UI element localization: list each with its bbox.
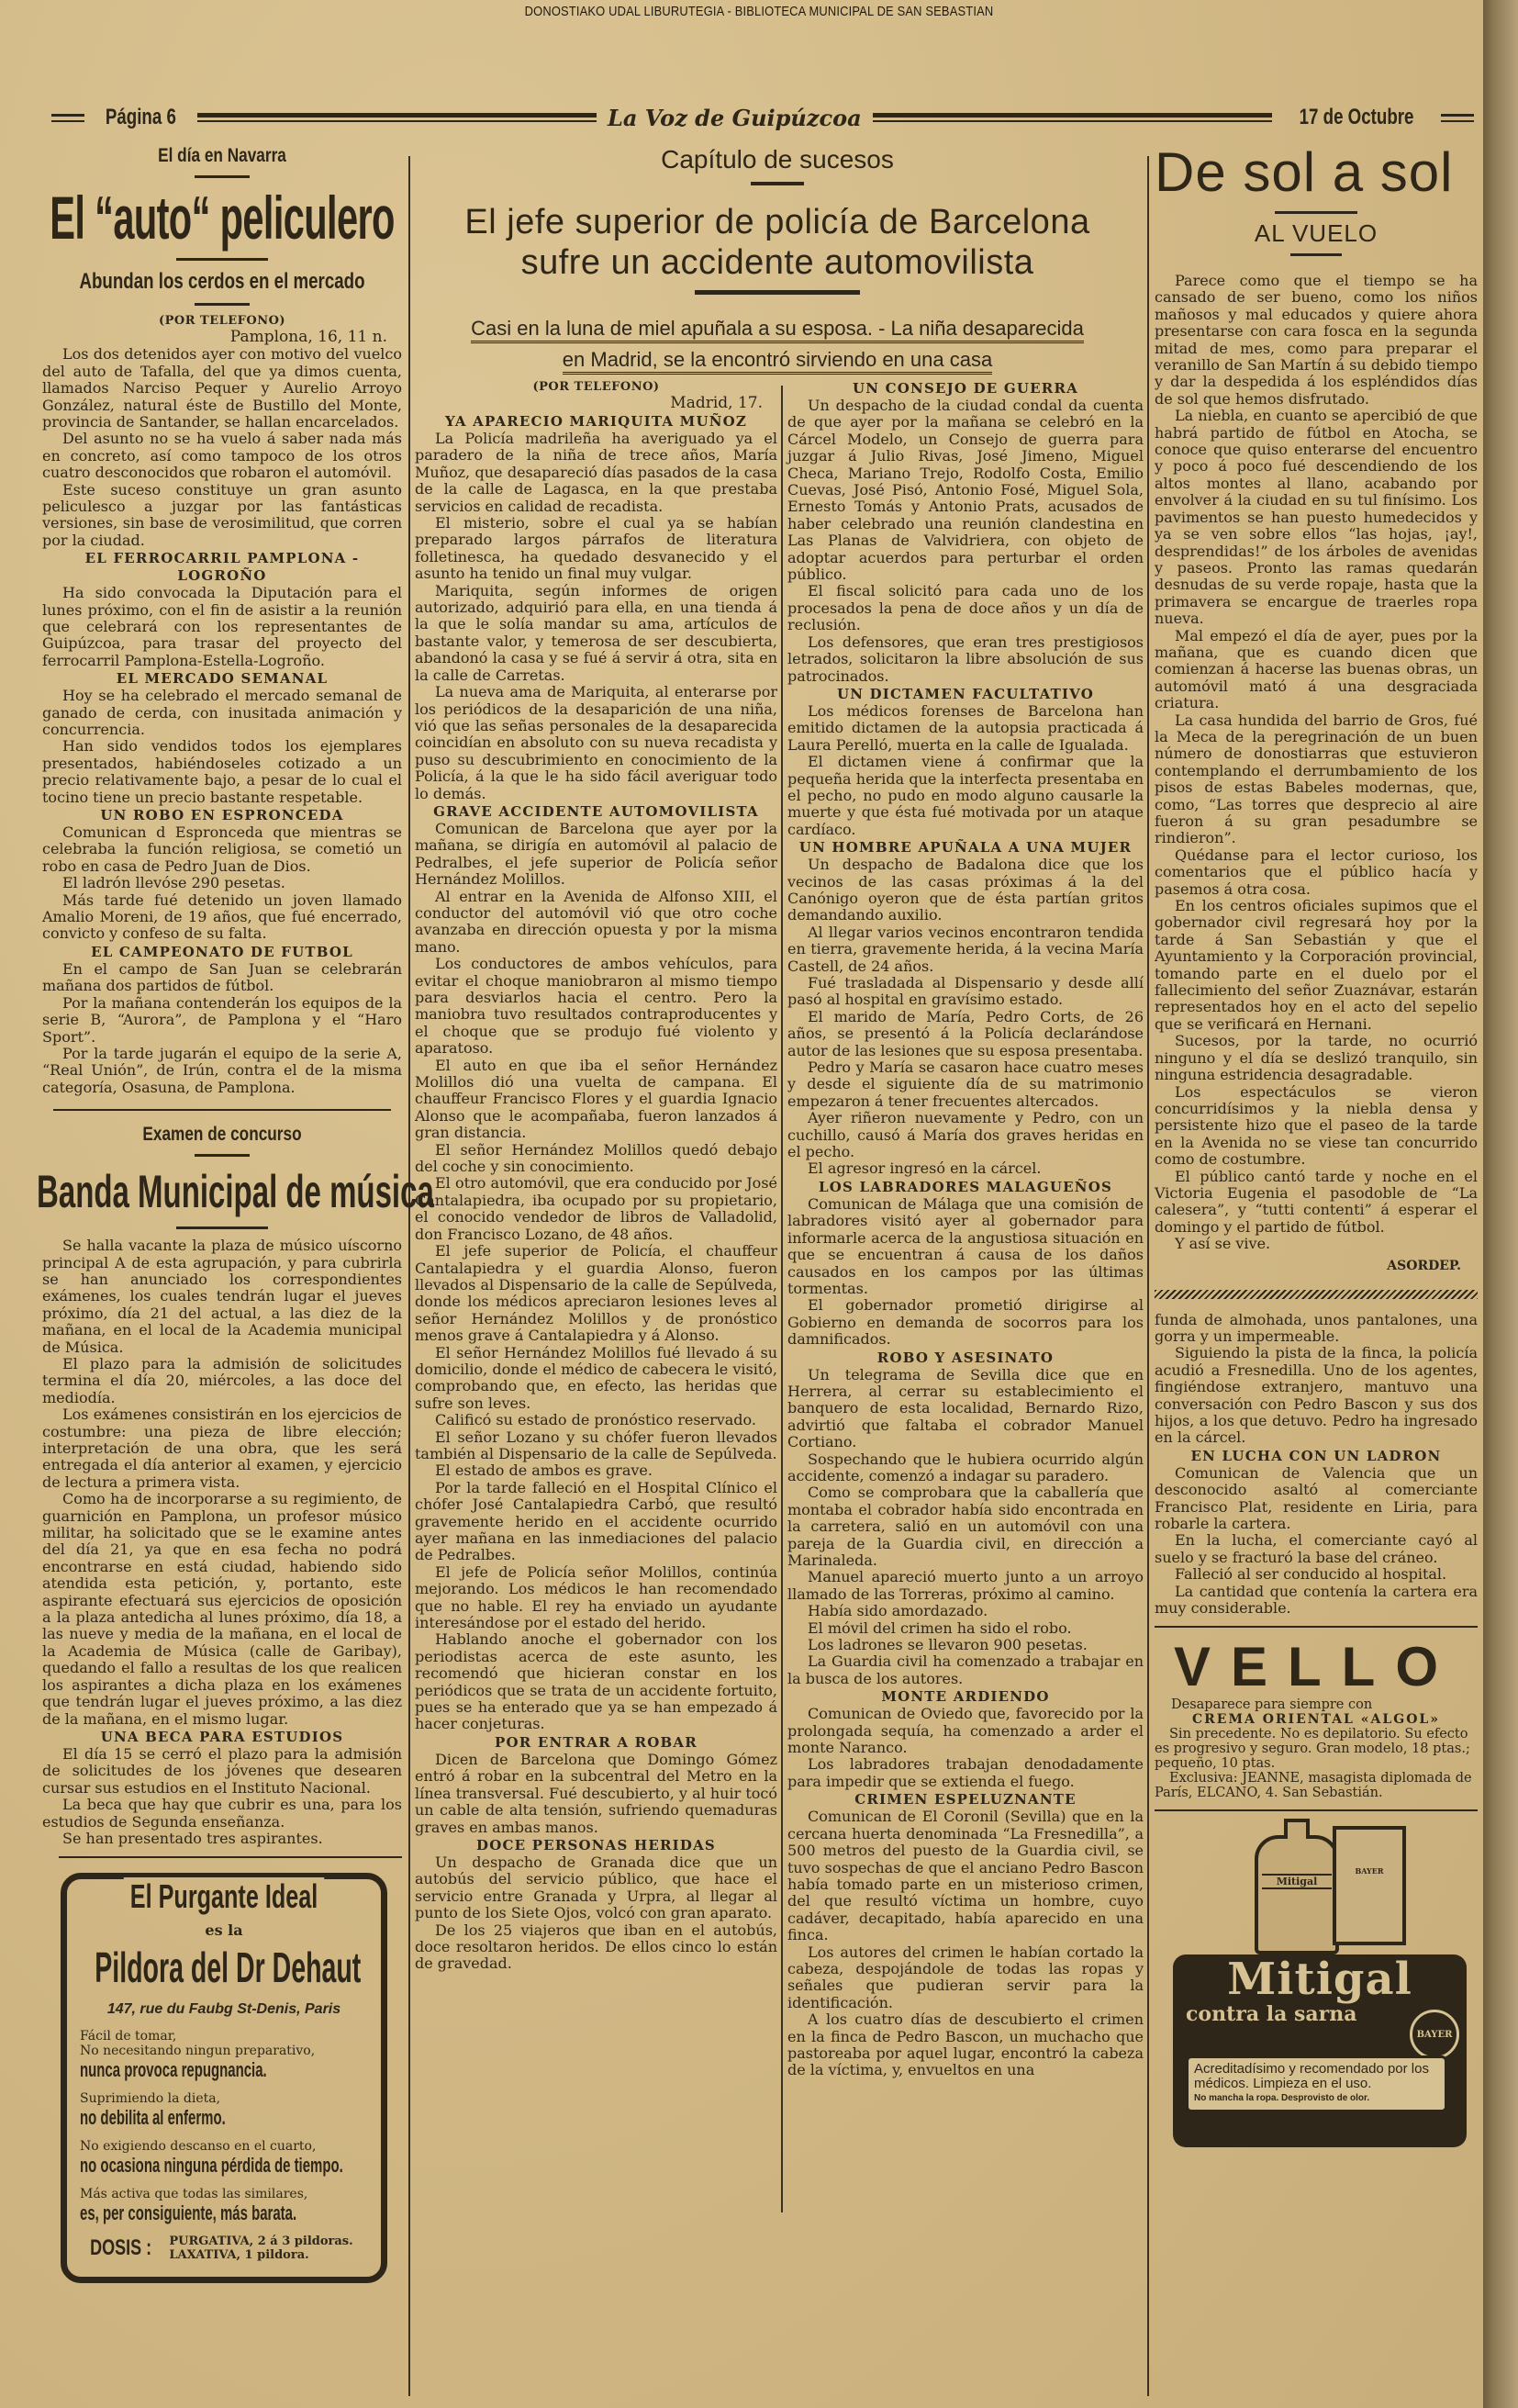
paragraph: El fiscal solicitó para cada uno de los …: [787, 583, 1144, 633]
paragraph: Como ha de incorporarse a su regimiento,…: [42, 1491, 402, 1728]
paragraph: El marido de María, Pedro Corts, de 26 a…: [787, 1009, 1144, 1059]
paragraph: El misterio, sobre el cual ya se habían …: [415, 515, 777, 583]
ad-small-print: No mancha la ropa. Desprovisto de olor.: [1194, 2091, 1439, 2106]
ad-es-la: es la: [80, 1921, 368, 1939]
paragraph: La Guardia civil ha comenzado a trabajar…: [787, 1653, 1144, 1687]
ad-line: Desaparece para siempre con: [1155, 1697, 1478, 1712]
paragraph: El público cantó tarde y noche en el Vic…: [1155, 1169, 1478, 1237]
paragraph: Por la mañana contenderán los equipos de…: [42, 995, 402, 1046]
ad-vello: VELLO Desaparece para siempre con CREMA …: [1155, 1637, 1478, 1800]
section-heading: UN DICTAMEN FACULTATIVO: [787, 686, 1144, 703]
paragraph: Se halla vacante la plaza de músico uísc…: [42, 1238, 402, 1356]
paragraph: Calificó su estado de pronóstico reserva…: [415, 1412, 777, 1428]
section-heading: YA APARECIO MARIQUITA MUÑOZ: [415, 413, 777, 431]
ad-title: El Purgante Ideal: [124, 1877, 324, 1916]
paragraph: Sospechando que le hubiera ocurrido algú…: [787, 1451, 1144, 1485]
divider: [59, 1856, 402, 1858]
rule: [195, 1154, 250, 1157]
masthead-rule: [197, 113, 597, 122]
paragraph: En el campo de San Juan se celebrarán ma…: [42, 961, 402, 995]
column-sucesos-left: (POR TELEFONO) Madrid, 17. YA APARECIO M…: [415, 367, 777, 1973]
ad-claim-light: Fácil de tomar,No necesitando ningun pre…: [80, 2029, 368, 2058]
paragraph: Este suceso constituye un gran asunto pe…: [42, 482, 402, 550]
masthead: Página 6 La Voz de Guipúzcoa 17 de Octub…: [51, 105, 1474, 130]
bottle-neck: [1284, 1819, 1310, 1839]
section-heading: POR ENTRAR A ROBAR: [415, 1734, 777, 1752]
headline-auto-peliculero: El “auto“ peliculero: [39, 186, 405, 250]
paragraph: Los médicos forenses de Barcelona han em…: [787, 703, 1144, 754]
section-kicker: Capítulo de sucesos: [415, 145, 1140, 174]
ad-claim-bold: es, per consiguiente, más barata.: [80, 2201, 276, 2225]
article-body-sucesos-right: UN CONSEJO DE GUERRAUn despacho de la ci…: [787, 380, 1144, 2079]
archive-banner: DONOSTIAKO UDAL LIBURUTEGIA - BIBLIOTECA…: [106, 4, 1412, 19]
headline-line-1: El jefe superior de policía de Barcelona: [415, 202, 1140, 242]
ad-dosage: DOSIS : PURGATIVA, 2 á 3 pildoras. LAXAT…: [80, 2234, 368, 2262]
ad-claim: Acreditadísimo y recomendado por los méd…: [1194, 2062, 1439, 2091]
ad-claim-bold: no debilita al enfermo.: [80, 2106, 276, 2130]
paragraph: Los espectáculos se vieron concurridísim…: [1155, 1084, 1478, 1169]
section-heading: EL CAMPEONATO DE FUTBOL: [42, 944, 402, 961]
paragraph: La niebla, en cuanto se apercibió de que…: [1155, 408, 1478, 627]
ad-claim-bold: no ocasiona ninguna pérdida de tiempo.: [80, 2154, 276, 2178]
ad-title: VELLO: [1155, 1637, 1478, 1697]
section-heading: LOS LABRADORES MALAGUEÑOS: [787, 1179, 1144, 1196]
paragraph: Comunican d Espronceda que mientras se c…: [42, 824, 402, 875]
paragraph: Comunican de Oviedo que, favorecido por …: [787, 1706, 1144, 1756]
paragraph: Los exámenes consistirán en los ejercici…: [42, 1406, 402, 1491]
paragraph: Comunican de Barcelona que ayer por la m…: [415, 821, 777, 889]
paragraph: La nueva ama de Mariquita, al enterarse …: [415, 684, 777, 802]
subheadline: Abundan los cerdos en el mercado: [53, 269, 391, 295]
paragraph: Los conductores de ambos vehículos, para…: [415, 956, 777, 1057]
rule: [176, 258, 268, 261]
masthead-rule: [873, 113, 1272, 122]
paragraph: El jefe superior de Policía, el chauffeu…: [415, 1243, 777, 1344]
paragraph: Y así se vive.: [1155, 1236, 1478, 1252]
ad-claim-light: Suprimiendo la dieta,: [80, 2091, 368, 2106]
paragraph: El señor Hernández Molillos quedó debajo…: [415, 1142, 777, 1176]
paragraph: Sucesos, por la tarde, no ocurrió ningun…: [1155, 1033, 1478, 1083]
ad-product-name: Pildora del Dr Dehaut: [95, 1943, 352, 1992]
divider: [1155, 1626, 1478, 1628]
section-heading: UN CONSEJO DE GUERRA: [787, 380, 1144, 398]
paragraph: Más tarde fué detenido un joven llamado …: [42, 892, 402, 943]
paragraph: funda de almohada, unos pantalones, una …: [1155, 1312, 1478, 1346]
byline: (POR TELEFONO): [415, 380, 777, 394]
rule: [695, 290, 860, 295]
ad-claim-bold: nunca provoca repugnancia.: [80, 2058, 276, 2082]
ad-brand: Mitigal: [1173, 1954, 1467, 2004]
section-kicker: Examen de concurso: [74, 1124, 369, 1146]
paragraph: Pedro y María se casaron hace cuatro mes…: [787, 1059, 1144, 1110]
ad-line: Sin precedente. No es depilatorio. Su ef…: [1155, 1727, 1478, 1771]
section-heading: EL FERROCARRIL PAMPLONA - LOGROÑO: [42, 550, 402, 585]
dosage-laxativa: LAXATIVA, 1 pildora.: [169, 2248, 308, 2262]
column-navarra: El día en Navarra El “auto“ peliculero A…: [42, 145, 402, 2283]
masthead-rule-left: [51, 114, 84, 122]
paragraph: Los defensores, que eran tres prestigios…: [787, 634, 1144, 685]
ad-claim-light: No exigiendo descanso en el cuarto,: [80, 2139, 368, 2154]
headline-de-sol-a-sol: De sol a sol: [1155, 145, 1478, 200]
column-rule: [781, 386, 783, 2212]
headline-line-2: sufre un accidente automovilista: [415, 242, 1140, 283]
ad-panel: Mitigal contra la sarna BAYER: [1173, 1954, 1467, 2069]
page-fold-edge: [1483, 0, 1518, 2408]
paragraph: La casa hundida del barrio de Gros, fué …: [1155, 712, 1478, 847]
rule: [1290, 253, 1342, 256]
bayer-cross-icon: BAYER: [1410, 2010, 1459, 2059]
paragraph: Los ladrones se llevaron 900 pesetas.: [787, 1637, 1144, 1653]
paragraph: Al llegar varios vecinos encontraron ten…: [787, 924, 1144, 975]
paragraph: Ayer riñeron nuevamente y Pedro, con un …: [787, 1110, 1144, 1160]
subheadline-al-vuelo: AL VUELO: [1155, 219, 1478, 248]
section-heading: EL MERCADO SEMANAL: [42, 670, 402, 688]
paragraph: Parece como que el tiempo se ha cansado …: [1155, 273, 1478, 408]
section-heading: EN LUCHA CON UN LADRON: [1155, 1448, 1478, 1465]
bottle-label: Mitigal: [1262, 1874, 1332, 1889]
deck-text: Casi en la luna de miel apuñala a su esp…: [471, 317, 1084, 343]
column-sucesos-right: UN CONSEJO DE GUERRAUn despacho de la ci…: [787, 367, 1144, 2079]
dosage-values: PURGATIVA, 2 á 3 pildoras. LAXATIVA, 1 p…: [169, 2234, 352, 2262]
paragraph: El jefe de Policía señor Molillos, conti…: [415, 1564, 777, 1632]
byline: (POR TELEFONO): [42, 314, 402, 328]
ad-claim-light: Más activa que todas las similares,: [80, 2187, 368, 2201]
rule: [751, 182, 804, 185]
paragraph: Un despacho de la ciudad condal da cuent…: [787, 398, 1144, 583]
paragraph: Comunican de Valencia que un desconocido…: [1155, 1465, 1478, 1533]
ad-claim-box: Acreditadísimo y recomendado por los méd…: [1186, 2055, 1447, 2112]
paragraph: El plazo para la admisión de solicitudes…: [42, 1356, 402, 1406]
headline-banda-municipal: Banda Municipal de música: [37, 1165, 407, 1218]
section-heading: MONTE ARDIENDO: [787, 1688, 1144, 1706]
paragraph: La cantidad que contenía la cartera era …: [1155, 1584, 1478, 1618]
section-heading: UN ROBO EN ESPRONCEDA: [42, 807, 402, 824]
paragraph: Los labradores trabajan denodadamente pa…: [787, 1756, 1144, 1790]
author-signature: ASORDEP.: [1155, 1259, 1478, 1273]
paragraph: El dictamen viene á confirmar que la peq…: [787, 754, 1144, 838]
paragraph: El agresor ingresó en la cárcel.: [787, 1160, 1144, 1177]
paragraph: En los centros oficiales supimos que el …: [1155, 898, 1478, 1033]
article-body-banda: Se halla vacante la plaza de músico uísc…: [42, 1238, 402, 1847]
column-rule: [408, 156, 410, 2396]
sucesos-header: Capítulo de sucesos El jefe superior de …: [415, 145, 1140, 375]
paragraph: El otro automóvil, que era conducido por…: [415, 1175, 777, 1243]
paragraph: Había sido amordazado.: [787, 1603, 1144, 1619]
section-heading: CRIMEN ESPELUZNANTE: [787, 1791, 1144, 1809]
paragraph: Mariquita, según informes de origen auto…: [415, 583, 777, 684]
page-number: Página 6: [106, 105, 176, 130]
paragraph: Se han presentado tres aspirantes.: [42, 1831, 402, 1847]
ad-line: Exclusiva: JEANNE, masagista diplomada d…: [1155, 1771, 1478, 1800]
column-de-sol-a-sol: De sol a sol AL VUELO Parece como que el…: [1155, 145, 1478, 2175]
section-heading: GRAVE ACCIDENTE AUTOMOVILISTA: [415, 803, 777, 821]
divider: [1155, 1809, 1478, 1811]
paragraph: Comunican de Málaga que una comisión de …: [787, 1196, 1144, 1297]
paragraph: Falleció al ser conducido al hospital.: [1155, 1566, 1478, 1583]
section-heading: UN HOMBRE APUÑALA A UNA MUJER: [787, 839, 1144, 857]
rule: [176, 1226, 268, 1229]
ad-purgante-ideal: El Purgante Ideal es la Pildora del Dr D…: [61, 1873, 387, 2283]
paragraph: Hablando anoche el gobernador con los pe…: [415, 1631, 777, 1732]
paragraph: Al entrar en la Avenida de Alfonso XIII,…: [415, 889, 777, 957]
dosage-label: DOSIS :: [90, 2235, 151, 2261]
paragraph: En la lucha, el comerciante cayó al suel…: [1155, 1532, 1478, 1566]
article-body-continuation: funda de almohada, unos pantalones, una …: [1155, 1312, 1478, 1618]
box-illustration: BAYER: [1333, 1826, 1406, 1945]
dateline: Pamplona, 16, 11 n.: [42, 328, 402, 346]
paragraph: Dicen de Barcelona que Domingo Gómez ent…: [415, 1752, 777, 1836]
paragraph: Comunican de El Coronil (Sevilla) que en…: [787, 1809, 1144, 1943]
column-rule: [1147, 156, 1149, 2396]
paragraph: El señor Lozano y su chófer fueron lleva…: [415, 1429, 777, 1463]
paragraph: De los 25 viajeros que iban en el autobú…: [415, 1922, 777, 1973]
paragraph: El móvil del crimen ha sido el robo.: [787, 1620, 1144, 1637]
paragraph: El gobernador prometió dirigirse al Gobi…: [787, 1297, 1144, 1348]
newspaper-name: La Voz de Guipúzcoa: [608, 105, 862, 131]
deck-line-1: Casi en la luna de miel apuñala a su esp…: [415, 313, 1140, 344]
article-body-sucesos-left: YA APARECIO MARIQUITA MUÑOZLa Policía ma…: [415, 413, 777, 1973]
paragraph: El día 15 se cerró el plazo para la admi…: [42, 1746, 402, 1797]
paragraph: Por la tarde jugarán el equipo de la ser…: [42, 1046, 402, 1096]
paragraph: Como se comprobara que la caballería que…: [787, 1484, 1144, 1569]
issue-date: 17 de Octubre: [1300, 105, 1414, 130]
paragraph: Ha sido convocada la Diputación para el …: [42, 585, 402, 669]
paragraph: Por la tarde falleció en el Hospital Clí…: [415, 1480, 777, 1564]
paragraph: Mal empezó el día de ayer, pues por la m…: [1155, 628, 1478, 712]
paragraph: La Policía madrileña ha averiguado ya el…: [415, 431, 777, 515]
bottle-illustration: Mitigal: [1255, 1835, 1339, 1954]
paragraph: Del asunto no se ha vuelo á saber nada m…: [42, 431, 402, 481]
paragraph: Un despacho de Badalona dice que los vec…: [787, 857, 1144, 924]
paragraph: El estado de ambos es grave.: [415, 1462, 777, 1479]
paragraph: Fué trasladada al Dispensario y desde al…: [787, 975, 1144, 1009]
paragraph: Los autores del crimen le habían cortado…: [787, 1944, 1144, 2012]
article-body-navarra: Los dos detenidos ayer con motivo del vu…: [42, 346, 402, 1096]
paragraph: Han sido vendidos todos los ejemplares p…: [42, 738, 402, 806]
paragraph: Quédanse para el lector curioso, los com…: [1155, 847, 1478, 898]
dosage-purgativa: PURGATIVA, 2 á 3 pildoras.: [169, 2234, 352, 2248]
dateline: Madrid, 17.: [415, 394, 777, 412]
section-heading: DOCE PERSONAS HERIDAS: [415, 1837, 777, 1854]
paragraph: A los cuatro días de descubierto el crim…: [787, 2011, 1144, 2079]
paragraph: Hoy se ha celebrado el mercado semanal d…: [42, 688, 402, 738]
article-body-de-sol-a-sol: Parece como que el tiempo se ha cansado …: [1155, 273, 1478, 1253]
ad-product: CREMA ORIENTAL «ALGOL»: [1155, 1712, 1478, 1727]
section-heading: UNA BECA PARA ESTUDIOS: [42, 1729, 402, 1746]
paragraph: El señor Hernández Molillos fué llevado …: [415, 1345, 777, 1413]
paragraph: Los dos detenidos ayer con motivo del vu…: [42, 346, 402, 431]
ad-claims: Fácil de tomar,No necesitando ningun pre…: [80, 2029, 368, 2225]
rule: [1275, 211, 1357, 214]
rule: [195, 303, 250, 306]
paragraph: Un despacho de Granada dice que un autob…: [415, 1854, 777, 1922]
rule: [195, 175, 250, 178]
paragraph: Un telegrama de Sevilla dice que en Herr…: [787, 1367, 1144, 1451]
section-kicker: El día en Navarra: [74, 145, 369, 167]
zigzag-divider: [1155, 1290, 1478, 1299]
masthead-rule-right: [1441, 114, 1474, 122]
paragraph: La beca que hay que cubrir es una, para …: [42, 1797, 402, 1831]
paragraph: El auto en que iba el señor Hernández Mo…: [415, 1058, 777, 1142]
section-heading: ROBO Y ASESINATO: [787, 1350, 1144, 1367]
ad-mitigal: Mitigal BAYER Mitigal contra la sarna BA…: [1167, 1826, 1465, 2175]
paragraph: Manuel apareció muerto junto a un arroyo…: [787, 1569, 1144, 1603]
paragraph: Siguiendo la pista de la finca, la polic…: [1155, 1345, 1478, 1446]
ad-address: 147, rue du Faubg St-Denis, Paris: [80, 2001, 368, 2018]
ornament-divider: [53, 1109, 391, 1114]
paragraph: El ladrón llevóse 290 pesetas.: [42, 875, 402, 891]
